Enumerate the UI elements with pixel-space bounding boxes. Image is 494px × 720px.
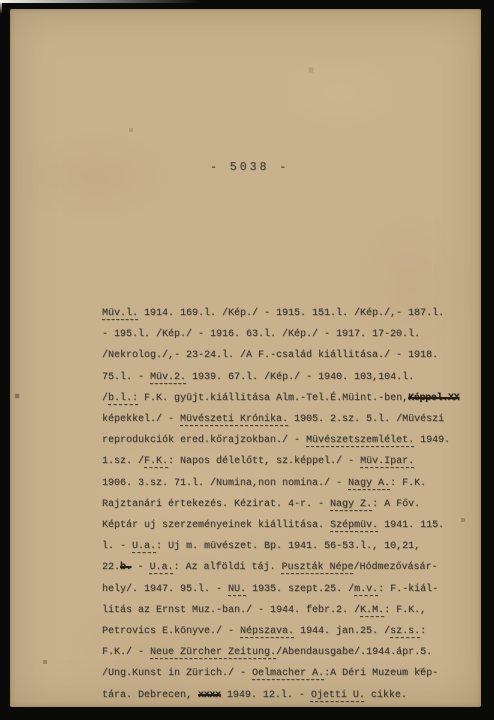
text-segment: Müv.2.: [150, 372, 186, 383]
text-segment: 1949. 12.l. -: [221, 690, 311, 701]
text-segment: xxxx: [198, 690, 221, 701]
text-segment: F.K.: [144, 456, 168, 467]
text-segment: cikke.: [365, 690, 407, 701]
text-segment: Képtár uj szerzeményeinek kiállitása.: [102, 520, 330, 531]
text-segment: - 195.l. /Kép./ - 1916. 63.l. /Kép./ - 1…: [102, 329, 420, 340]
text-segment: -: [131, 562, 149, 573]
text-segment: : Napos délelőtt, sz.képpel./ -: [168, 456, 360, 467]
text-line: - 195.l. /Kép./ - 1916. 63.l. /Kép./ - 1…: [102, 324, 477, 345]
text-segment: NU.: [228, 584, 246, 595]
text-segment: /Nekrolog./,- 23-24.l. /A F.-család kiál…: [102, 350, 438, 361]
text-segment: : F.K.,: [384, 605, 426, 616]
text-line: Képtár uj szerzeményeinek kiállitása. Sz…: [102, 515, 477, 536]
text-segment: Puszták Népe: [281, 562, 353, 573]
text-segment: : A Főv.: [372, 499, 420, 510]
text-segment: /Abendausgabe/.1944.ápr.5.: [276, 647, 432, 658]
text-segment: 1941. 115.: [378, 520, 444, 531]
text-segment: b.l.:: [108, 393, 138, 404]
text-line: hely/. 1947. 95.l. - NU. 1935. szept.25.…: [102, 579, 477, 600]
text-line: l. - U.a.: Uj m. müvészet. Bp. 1941. 56-…: [102, 536, 477, 557]
text-segment: : F.K.: [390, 478, 426, 489]
text-segment: m.v.: [354, 584, 378, 595]
text-line: tára. Debrecen, xxxx 1949. 12.l. - Ojett…: [102, 685, 477, 706]
text-segment: l. -: [102, 541, 132, 552]
text-segment: U.a.: [132, 541, 156, 552]
text-segment: 75.l. -: [102, 372, 150, 383]
text-segment: :: [420, 626, 426, 637]
text-segment: U.a.: [149, 562, 173, 573]
document-page: - 5038 - Müv.l. 1914. 169.l. /Kép./ - 19…: [10, 9, 481, 707]
text-line: /Ung.Kunst in Zürich./ - Oelmacher A.:A …: [102, 663, 477, 684]
text-segment: képekkel./ -: [102, 414, 180, 425]
text-segment: Nagy A.: [348, 478, 390, 489]
paper-specks: [10, 9, 12, 11]
scan-edge-artifact-vertical: [0, 0, 2, 14]
scan-background: - 5038 - Müv.l. 1914. 169.l. /Kép./ - 19…: [0, 0, 494, 720]
text-segment: litás az Ernst Muz.-ban./ - 1944. febr.2…: [102, 605, 360, 616]
text-line: litás az Ernst Muz.-ban./ - 1944. febr.2…: [102, 600, 477, 621]
text-segment: tára. Debrecen,: [102, 690, 198, 701]
text-line: /b.l.: F.K. gyüjt.kiállitása Alm.-Tel.É.…: [102, 388, 477, 409]
text-segment: F.K. gyüjt.kiállitása Alm.-Tel.É.Müint.-…: [138, 393, 408, 404]
text-segment: 22.: [102, 562, 120, 573]
text-segment: 1905. 2.sz. 5.l. /Müvészi: [288, 414, 444, 425]
text-segment: Müv.Ipar.: [360, 456, 414, 467]
text-line: reprodukciók ered.kőrajzokban./ - Müvész…: [102, 430, 477, 451]
text-line: 1.sz. /F.K.: Napos délelőtt, sz.képpel./…: [102, 451, 477, 472]
text-line: 22.b. - U.a.: Az alföldi táj. Puszták Né…: [102, 557, 477, 578]
text-segment: F.K./ -: [102, 647, 150, 658]
text-segment: : Uj m. müvészet. Bp. 1941. 56-53.l., 10…: [156, 541, 420, 552]
text-segment: Szépmüv.: [330, 520, 378, 531]
page-number: - 5038 -: [210, 161, 289, 174]
text-segment: 1906. 3.sz. 71.l. /Numina,non nomina./ -: [102, 478, 348, 489]
text-segment: : F.-kiál-: [378, 584, 438, 595]
text-segment: Petrovics E.könyve./ -: [102, 626, 240, 637]
typewritten-text: Müv.l. 1914. 169.l. /Kép./ - 1915. 151.l…: [102, 303, 477, 706]
text-segment: reprodukciók ered.kőrajzokban./ -: [102, 435, 306, 446]
text-segment: Müvészeti Krónika.: [180, 414, 288, 425]
text-segment: Népszava.: [240, 626, 294, 637]
text-segment: 1939. 67.l. /Kép./ - 1940. 103,104.l.: [186, 372, 414, 383]
text-segment: Müvészetszemlélet.: [306, 435, 414, 446]
text-line: 1906. 3.sz. 71.l. /Numina,non nomina./ -…: [102, 473, 477, 494]
text-line: Petrovics E.könyve./ - Népszava. 1944. j…: [102, 621, 477, 642]
text-segment: K.M.: [360, 605, 384, 616]
text-line: képekkel./ - Müvészeti Krónika. 1905. 2.…: [102, 409, 477, 430]
text-segment: 1935. szept.25. /: [246, 584, 354, 595]
text-line: F.K./ - Neue Zürcher Zeitung./Abendausga…: [102, 642, 477, 663]
text-segment: sz.s.: [390, 626, 420, 637]
text-segment: Neue Zürcher Zeitung.: [150, 647, 276, 658]
scan-edge-artifact: [0, 0, 200, 3]
text-segment: Képpel.XX: [408, 393, 459, 404]
text-segment: /Hódmezővásár-: [354, 562, 438, 573]
text-segment: 1.sz. /: [102, 456, 144, 467]
text-segment: Rajztanári értekezés. Kézirat. 4-r. -: [102, 499, 330, 510]
text-segment: :A Déri Muzeum kép-: [324, 668, 438, 679]
text-segment: 1949.: [414, 435, 450, 446]
text-segment: hely/. 1947. 95.l. -: [102, 584, 228, 595]
text-segment: b.: [120, 562, 131, 573]
text-segment: /Ung.Kunst in Zürich./ -: [102, 668, 252, 679]
text-segment: Nagy Z.: [330, 499, 372, 510]
text-line: /Nekrolog./,- 23-24.l. /A F.-család kiál…: [102, 345, 477, 366]
text-segment: : Az alföldi táj.: [173, 562, 281, 573]
text-segment: 1914. 169.l. /Kép./ - 1915. 151.l. /Kép.…: [138, 308, 444, 319]
text-segment: 1944. jan.25. /: [294, 626, 390, 637]
text-line: Rajztanári értekezés. Kézirat. 4-r. - Na…: [102, 494, 477, 515]
text-line: 75.l. - Müv.2. 1939. 67.l. /Kép./ - 1940…: [102, 367, 477, 388]
text-line: Müv.l. 1914. 169.l. /Kép./ - 1915. 151.l…: [102, 303, 477, 324]
text-segment: Ojetti U.: [311, 690, 365, 701]
text-segment: Oelmacher A.: [252, 668, 324, 679]
text-segment: Müv.l.: [102, 308, 138, 319]
